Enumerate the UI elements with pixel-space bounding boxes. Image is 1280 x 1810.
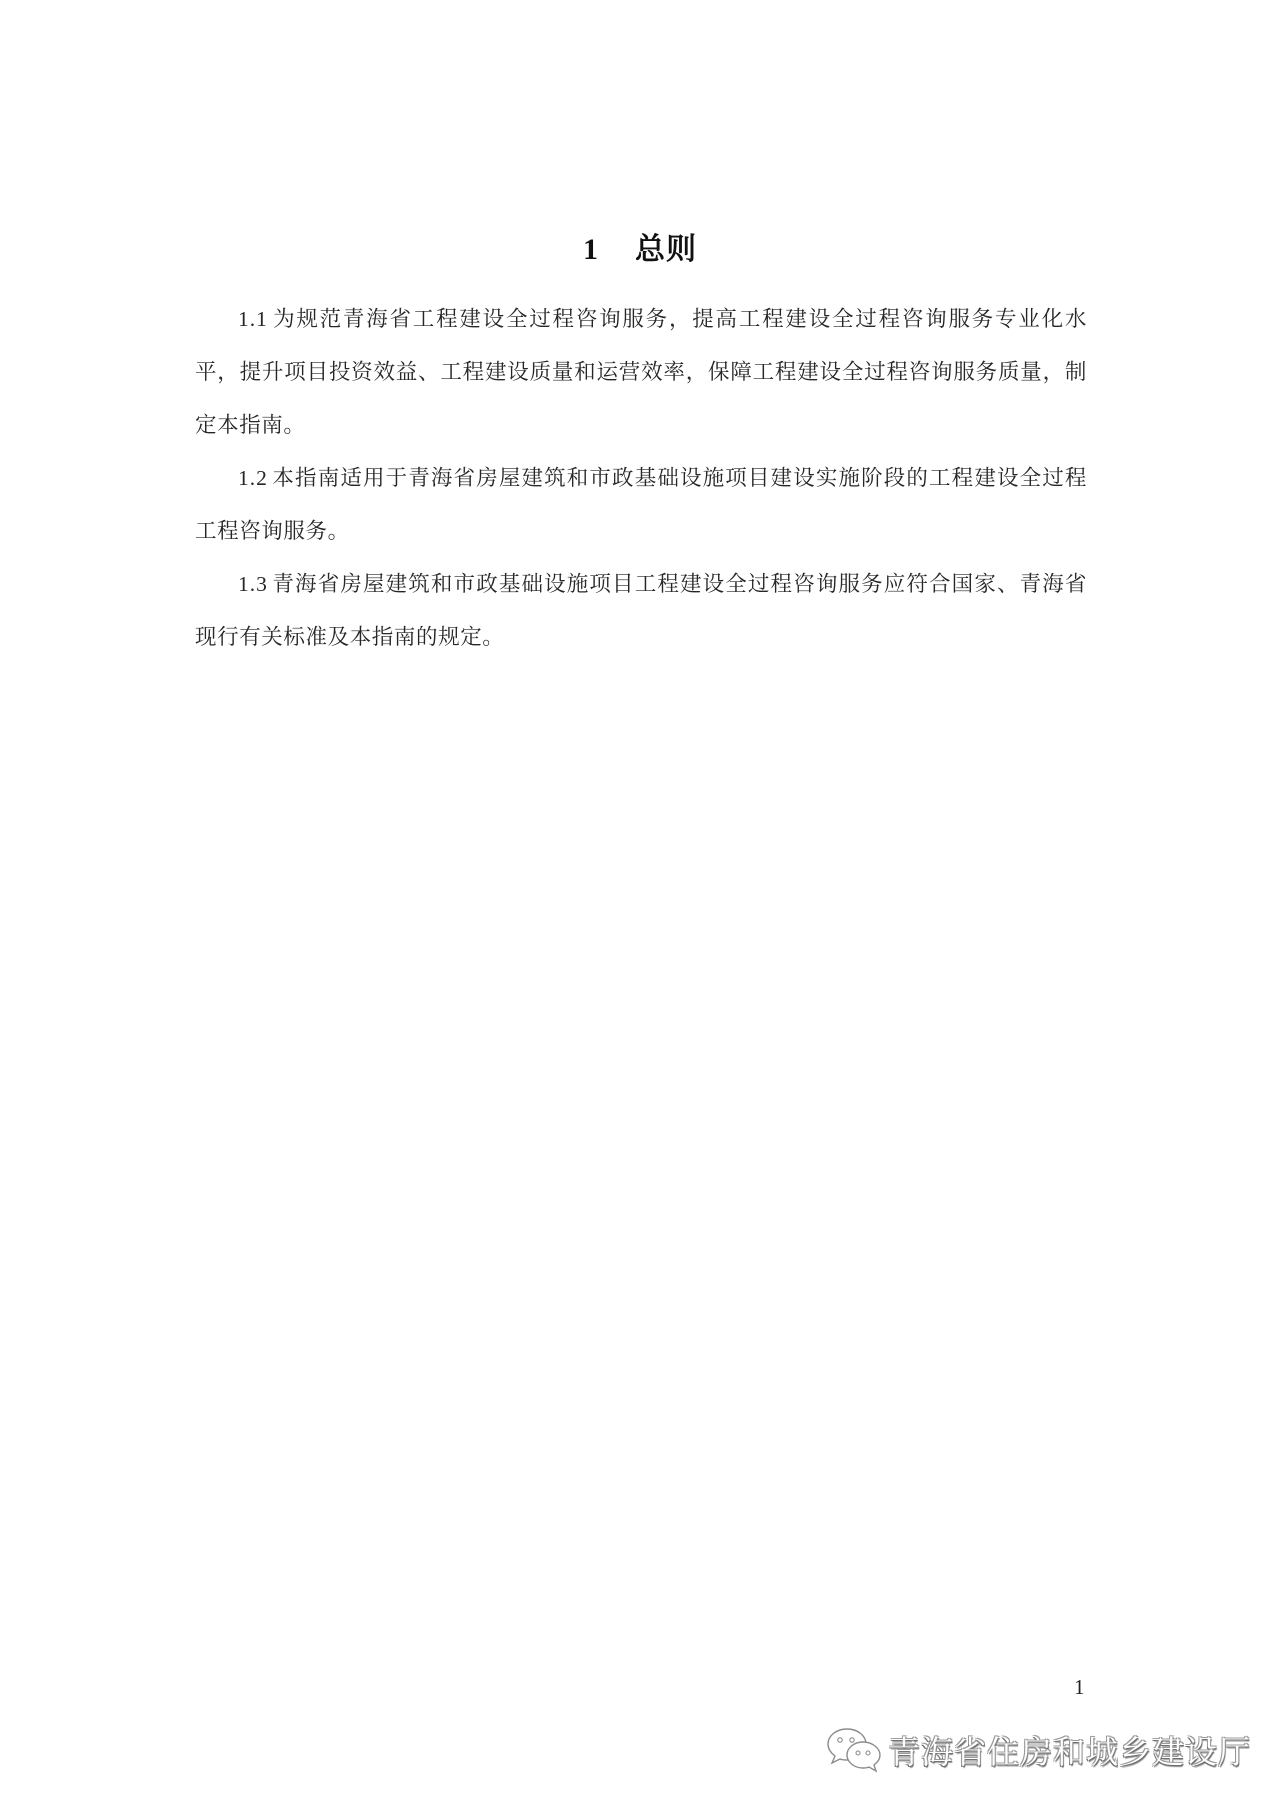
chapter-title-text: 总则	[635, 232, 697, 267]
document-body: 1.1为规范青海省工程建设全过程咨询服务，提高工程建设全过程咨询服务专业化水平，…	[195, 293, 1087, 664]
wechat-icon	[826, 1725, 882, 1775]
paragraph-1-3: 1.3青海省房屋建筑和市政基础设施项目工程建设全过程咨询服务应符合国家、青海省现…	[195, 558, 1087, 664]
chapter-number: 1	[583, 233, 599, 266]
document-page: 1总则 1.1为规范青海省工程建设全过程咨询服务，提高工程建设全过程咨询服务专业…	[0, 0, 1280, 1810]
paragraph-text: 青海省房屋建筑和市政基础设施项目工程建设全过程咨询服务应符合国家、青海省现行有关…	[195, 572, 1087, 650]
clause-number: 1.3	[238, 572, 268, 596]
paragraph-1-2: 1.2本指南适用于青海省房屋建筑和市政基础设施项目建设实施阶段的工程建设全过程工…	[195, 452, 1087, 558]
page-number: 1	[1074, 1675, 1085, 1700]
paragraph-text: 本指南适用于青海省房屋建筑和市政基础设施项目建设实施阶段的工程建设全过程工程咨询…	[195, 466, 1087, 544]
paragraph-text: 为规范青海省工程建设全过程咨询服务，提高工程建设全过程咨询服务专业化水平，提升项…	[195, 307, 1087, 438]
chapter-title: 1总则	[0, 230, 1280, 270]
watermark: 青海省住房和城乡建设厅	[826, 1722, 1251, 1778]
clause-number: 1.1	[238, 307, 268, 331]
watermark-text: 青海省住房和城乡建设厅	[888, 1727, 1251, 1773]
paragraph-1-1: 1.1为规范青海省工程建设全过程咨询服务，提高工程建设全过程咨询服务专业化水平，…	[195, 293, 1087, 452]
clause-number: 1.2	[238, 466, 268, 490]
